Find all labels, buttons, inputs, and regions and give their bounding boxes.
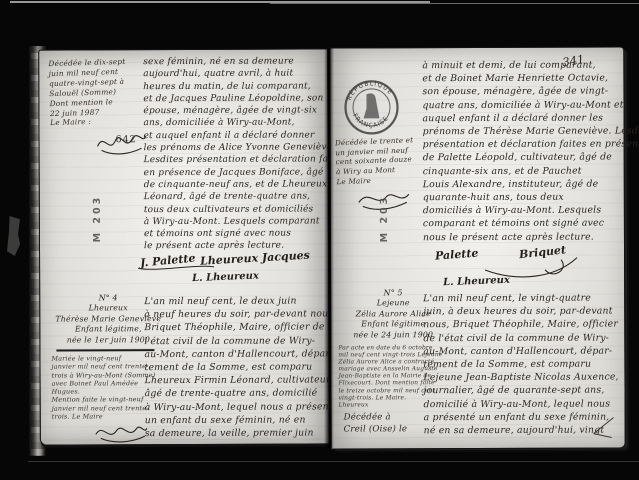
handwritten-line: juin, à deux heures du soir, par-devant <box>423 305 621 319</box>
handwritten-line: auquel enfant il a déclaré donner les <box>423 111 621 125</box>
handwritten-line: et auquel enfant il a déclaré donner <box>143 129 325 142</box>
handwritten-line: les prénoms de Alice Yvonne Geneviève. <box>144 141 326 154</box>
marianne-figure-icon <box>363 93 379 118</box>
handwritten-line: Lejeune Jean-Baptiste Nicolas Auxence, <box>423 371 621 385</box>
scan-artifact <box>7 216 20 256</box>
handwritten-line: quarante-huit ans, tous deux <box>423 191 621 205</box>
handwritten-line: à Wiry-au-Mont, lequel nous a présenté <box>145 400 327 414</box>
act-signatures: Palette Briquet L. Lheureux <box>330 47 623 48</box>
signature-palette: Palette <box>435 246 479 262</box>
signature-l-lheureux: L. Lheureux <box>192 271 259 285</box>
handwritten-line: au-Mont, canton d'Hallencourt, dépar- <box>144 347 326 361</box>
handwritten-line: Lesdites présentation et déclaration fai… <box>144 154 326 167</box>
handwritten-line: et de Boinet Marie Henriette Octavie, <box>422 72 620 86</box>
republique-francaise-round-stamp-icon: RÉPUBLIQUE FRANÇAISE <box>342 78 400 136</box>
handwritten-line: au-Mont, canton d'Hallencourt, dépar- <box>423 344 621 358</box>
handwritten-line: à Wiry-au-Mont. Lesquels comparant <box>144 215 326 228</box>
mayor-signature-flourish <box>93 422 149 444</box>
handwritten-line: tous deux cultivateurs et domiciliés <box>144 203 326 216</box>
handwritten-line: comparant et témoins ont signé avec <box>423 217 621 231</box>
classification-stamp: M 203 <box>92 184 103 242</box>
signature-underline-flourish <box>136 262 216 272</box>
register-right-page: 341 RÉPUBLIQUE FRANÇAISE Décédée le tren… <box>330 47 624 448</box>
handwritten-line: nous, Briquet Théophile, Maire, officier <box>423 318 621 332</box>
handwritten-line: nous le présent acte après lecture. <box>423 230 621 244</box>
handwritten-line: Louis Alexandre, instituteur, âgé de <box>423 177 621 191</box>
handwritten-line: présentation et déclaration faites en pr… <box>423 138 621 152</box>
handwritten-line: heures du matin, de lui comparant, <box>143 80 325 93</box>
scan-edge-highlight <box>270 3 639 4</box>
handwritten-line: journalier, âgé de quarante-sept ans, <box>423 384 621 398</box>
handwritten-line: Briquet Théophile, Maire, officier de <box>144 321 326 335</box>
handwritten-line: un enfant du sexe féminin, né en <box>145 413 327 427</box>
sheet-number: 642 <box>116 134 137 145</box>
handwritten-line: à neuf heures du soir, par-devant nous <box>144 308 326 322</box>
handwritten-line: aujourd'hui, quatre avril, à huit <box>143 68 325 81</box>
handwritten-line: sa demeure, la veille, premier juin <box>145 426 327 440</box>
handwritten-line: tement de la Somme, est comparu <box>423 358 621 372</box>
handwritten-line: à minuit et demi, de lui comparant, <box>422 59 620 73</box>
handwritten-line: sexe féminin, né en sa demeure <box>143 55 325 68</box>
handwritten-line: de Palette Léopold, cultivateur, âgé de <box>423 151 621 165</box>
handwritten-line: L'an mil neuf cent, le deux juin <box>144 294 326 308</box>
handwritten-line: en présence de Jacques Boniface, âgé <box>144 166 326 179</box>
register-scan: Décédée le dix-septjuin mil neuf centqua… <box>0 0 639 480</box>
handwritten-line: quatre ans, domiciliée à Wiry-au-Mont et <box>422 98 620 112</box>
handwritten-line: cinquante-six ans, et de Pauchet <box>423 164 621 178</box>
handwritten-line: son épouse, ménagère, âgée de vingt- <box>422 85 620 99</box>
act-3-signatures: J. Palette Lheureux Jacques L. Lheureux <box>39 49 327 50</box>
handwritten-line: de l'état civil de la commune de Wiry- <box>423 331 621 345</box>
signature-underline-flourish <box>481 256 591 284</box>
handwritten-line: âgé de trente-quatre ans, domicilié <box>145 387 327 401</box>
act-end-closing-text: à minuit et demi, de lui comparant,et de… <box>422 59 621 245</box>
margin-divider-rule <box>56 349 154 351</box>
corner-pen-mark <box>590 416 616 440</box>
scan-artifact-line <box>28 461 639 462</box>
handwritten-line: prénoms de Thérèse Marie Geneviève. Lesd… <box>423 125 621 139</box>
handwritten-line: et de Jacques Pauline Léopoldine, son <box>143 92 325 105</box>
handwritten-line: tement de la Somme, est comparu <box>144 360 326 374</box>
handwritten-line: Lheureux Firmin Léonard, cultivateur <box>145 374 327 388</box>
classification-stamp: M 203 <box>379 184 390 242</box>
handwritten-line: domicilié à Wiry-au-Mont, lequel nous <box>424 397 622 411</box>
handwritten-line: et témoins ont signé avec nous <box>144 228 326 241</box>
handwritten-line: épouse, ménagère, âgée de vingt-six <box>143 105 325 118</box>
handwritten-line: L'an mil neuf cent, le vingt-quatre <box>423 291 621 305</box>
page-gutter-shadow <box>324 48 334 448</box>
act-3-closing-text: sexe féminin, né en sa demeureaujourd'hu… <box>143 55 326 253</box>
handwritten-line: Léonard, âgé de trente-quatre ans, <box>144 191 326 204</box>
handwritten-line: domiciliés à Wiry-au-Mont. Lesquels <box>423 204 621 218</box>
register-left-page: Décédée le dix-septjuin mil neuf centqua… <box>39 49 329 444</box>
handwritten-line: de cinquante-neuf ans, et de Lheureux <box>144 178 326 191</box>
handwritten-line: ans, domiciliée à Wiry-au-Mont, <box>143 117 325 130</box>
act-4-body-text: L'an mil neuf cent, le deux juinà neuf h… <box>144 294 327 440</box>
handwritten-line: l'état civil de la commune de Wiry- <box>144 334 326 348</box>
